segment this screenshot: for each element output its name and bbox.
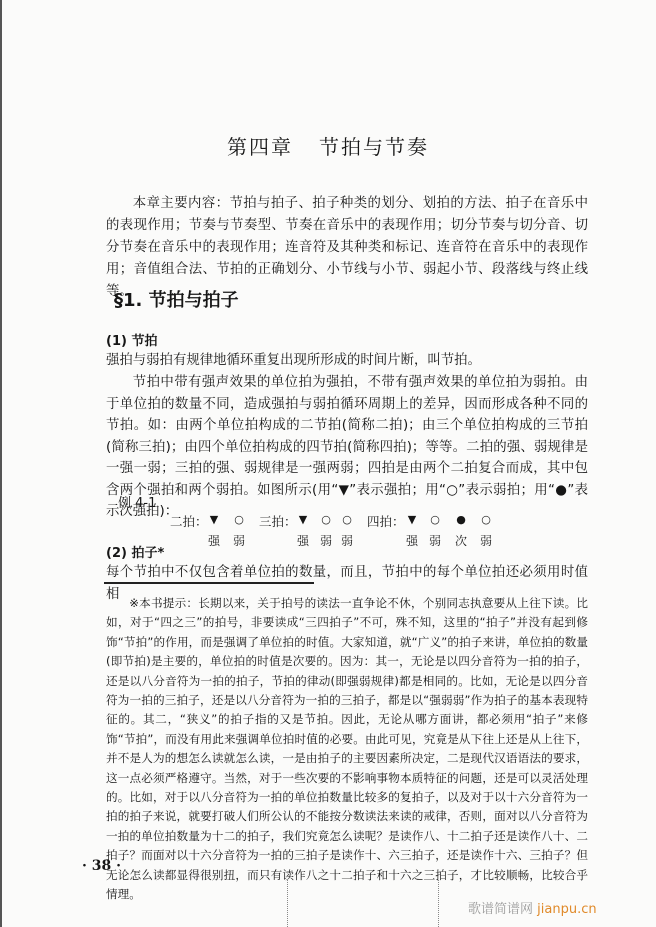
section-title: §1. 节拍与拍子 bbox=[114, 286, 239, 312]
scan-fold-line bbox=[287, 880, 288, 927]
footnote: ※本书提示：长期以来，关于拍号的读法一直争论不休，个别同志执意要从上往下读。比如… bbox=[106, 594, 588, 905]
chapter-number: 第四章 bbox=[227, 135, 293, 159]
beat-name: 强 bbox=[405, 532, 419, 549]
strong-beat-icon: ▼ bbox=[207, 513, 221, 526]
weak-beat-icon: ○ bbox=[319, 513, 333, 526]
beat-group-label-triple: 三拍： bbox=[259, 512, 297, 530]
example-label: 例 4-1 bbox=[118, 492, 156, 511]
strong-beat-icon: ▼ bbox=[296, 513, 310, 526]
beat-name: 强 bbox=[207, 532, 221, 549]
weak-beat-icon: ○ bbox=[340, 513, 354, 526]
beat-name: 次 bbox=[454, 532, 468, 549]
beat-diagram: 二拍： ▼ ○ 强 弱 三拍： ▼ ○ ○ 强 弱 弱 四拍： ▼ ○ ● ○ … bbox=[0, 512, 656, 552]
beat-name: 弱 bbox=[232, 532, 246, 549]
chapter-name: 节拍与节奏 bbox=[319, 135, 429, 159]
page-number: · 38 · bbox=[82, 858, 121, 874]
beat-group-label-quadruple: 四拍： bbox=[367, 512, 405, 530]
subsection-heading-meter: (1) 节拍 bbox=[106, 330, 157, 349]
beat-name: 弱 bbox=[340, 532, 354, 549]
strong-beat-icon: ▼ bbox=[405, 513, 419, 526]
paragraph-meter-definition: 强拍与弱拍有规律地循环重复出现所形成的时间片断，叫节拍。 bbox=[106, 350, 588, 372]
beat-name: 弱 bbox=[479, 532, 493, 549]
beat-name: 弱 bbox=[319, 532, 333, 549]
subsection-heading-time-signature: (2) 拍子* bbox=[106, 542, 164, 561]
scan-fold-line bbox=[438, 880, 439, 927]
beat-group-label-duple: 二拍： bbox=[170, 512, 208, 530]
weak-beat-icon: ○ bbox=[479, 513, 493, 526]
footnote-divider bbox=[104, 582, 314, 584]
secondary-strong-beat-icon: ● bbox=[454, 513, 468, 526]
beat-name: 强 bbox=[296, 532, 310, 549]
chapter-title: 第四章节拍与节奏 bbox=[0, 131, 656, 160]
beat-name: 弱 bbox=[428, 532, 442, 549]
watermark: 歌谱简谱网 jianpu.cn bbox=[468, 898, 597, 917]
weak-beat-icon: ○ bbox=[232, 513, 246, 526]
watermark-site-name: 歌谱简谱网 bbox=[468, 902, 533, 917]
watermark-url: jianpu.cn bbox=[537, 902, 596, 917]
paragraph-meter-explanation: 节拍中带有强声效果的单位拍为强拍，不带有强声效果的单位拍为弱拍。由于单位拍的数量… bbox=[106, 372, 588, 523]
weak-beat-icon: ○ bbox=[428, 513, 442, 526]
